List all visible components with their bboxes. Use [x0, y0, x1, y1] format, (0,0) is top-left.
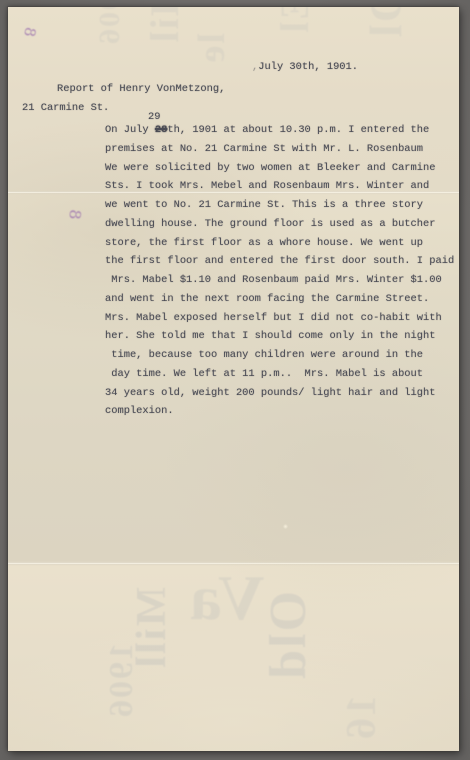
ghost-text: Mill: [132, 587, 172, 670]
body-line: Mrs. Mabel exposed herself but I did not…: [105, 309, 454, 328]
body-line: We were solicited by two women at Bleeke…: [105, 159, 454, 178]
body-line: day time. We left at 11 p.m.. Mrs. Mabel…: [105, 365, 454, 384]
report-body: On July 28th, 1901 at about 10.30 p.m. I…: [105, 121, 454, 421]
struck-text: 28: [155, 124, 167, 136]
report-title: Report of Henry VonMetzong,: [57, 83, 225, 95]
ghost-text: Old: [264, 591, 314, 681]
date-text: July 30th, 1901.: [258, 61, 358, 73]
stray-mark: ,: [252, 61, 258, 73]
first-line-post: th, 1901 at about 10.30 p.m. I entered t…: [167, 124, 429, 136]
address-line: 21 Carmine St.: [22, 102, 109, 114]
body-line: Mrs. Mabel $1.10 and Rosenbaum paid Mrs.…: [105, 271, 454, 290]
ghost-text: 16: [342, 695, 382, 741]
document-page: 906HilleElDlVaMillOld190616 8 8 ,July 30…: [8, 7, 459, 751]
body-line: store, the first floor as a whore house.…: [105, 234, 454, 253]
first-line-pre: On July: [105, 124, 155, 136]
date-line: ,July 30th, 1901.: [252, 61, 358, 73]
ghost-text: Dl: [364, 7, 408, 39]
fold-crease-bottom: [8, 562, 459, 565]
body-line-first: On July 28th, 1901 at about 10.30 p.m. I…: [105, 121, 454, 140]
ghost-text: Hil: [146, 7, 184, 44]
ghost-text: 1906: [106, 643, 139, 719]
paper-speck: [283, 524, 288, 529]
ghost-text: El: [276, 7, 314, 35]
scan-background: 906HilleElDlVaMillOld190616 8 8 ,July 30…: [0, 0, 470, 760]
body-line: complexion.: [105, 402, 454, 421]
purple-stamp-top: 8: [20, 26, 39, 39]
body-line: premises at No. 21 Carmine St with Mr. L…: [105, 140, 454, 159]
ghost-text: le: [194, 33, 230, 64]
body-line: time, because too many children were aro…: [105, 346, 454, 365]
body-line: and went in the next room facing the Car…: [105, 290, 454, 309]
body-line: her. She told me that I should come only…: [105, 327, 454, 346]
ghost-text: Va: [188, 567, 264, 628]
body-line: the first floor and entered the first do…: [105, 252, 454, 271]
body-line: Sts. I took Mrs. Mebel and Rosenbaum Mrs…: [105, 177, 454, 196]
body-line: dwelling house. The ground floor is used…: [105, 215, 454, 234]
body-line: we went to No. 21 Carmine St. This is a …: [105, 196, 454, 215]
body-line: 34 years old, weight 200 pounds/ light h…: [105, 384, 454, 403]
ghost-text: 906: [96, 7, 125, 46]
purple-stamp-mid: 8: [65, 209, 85, 221]
